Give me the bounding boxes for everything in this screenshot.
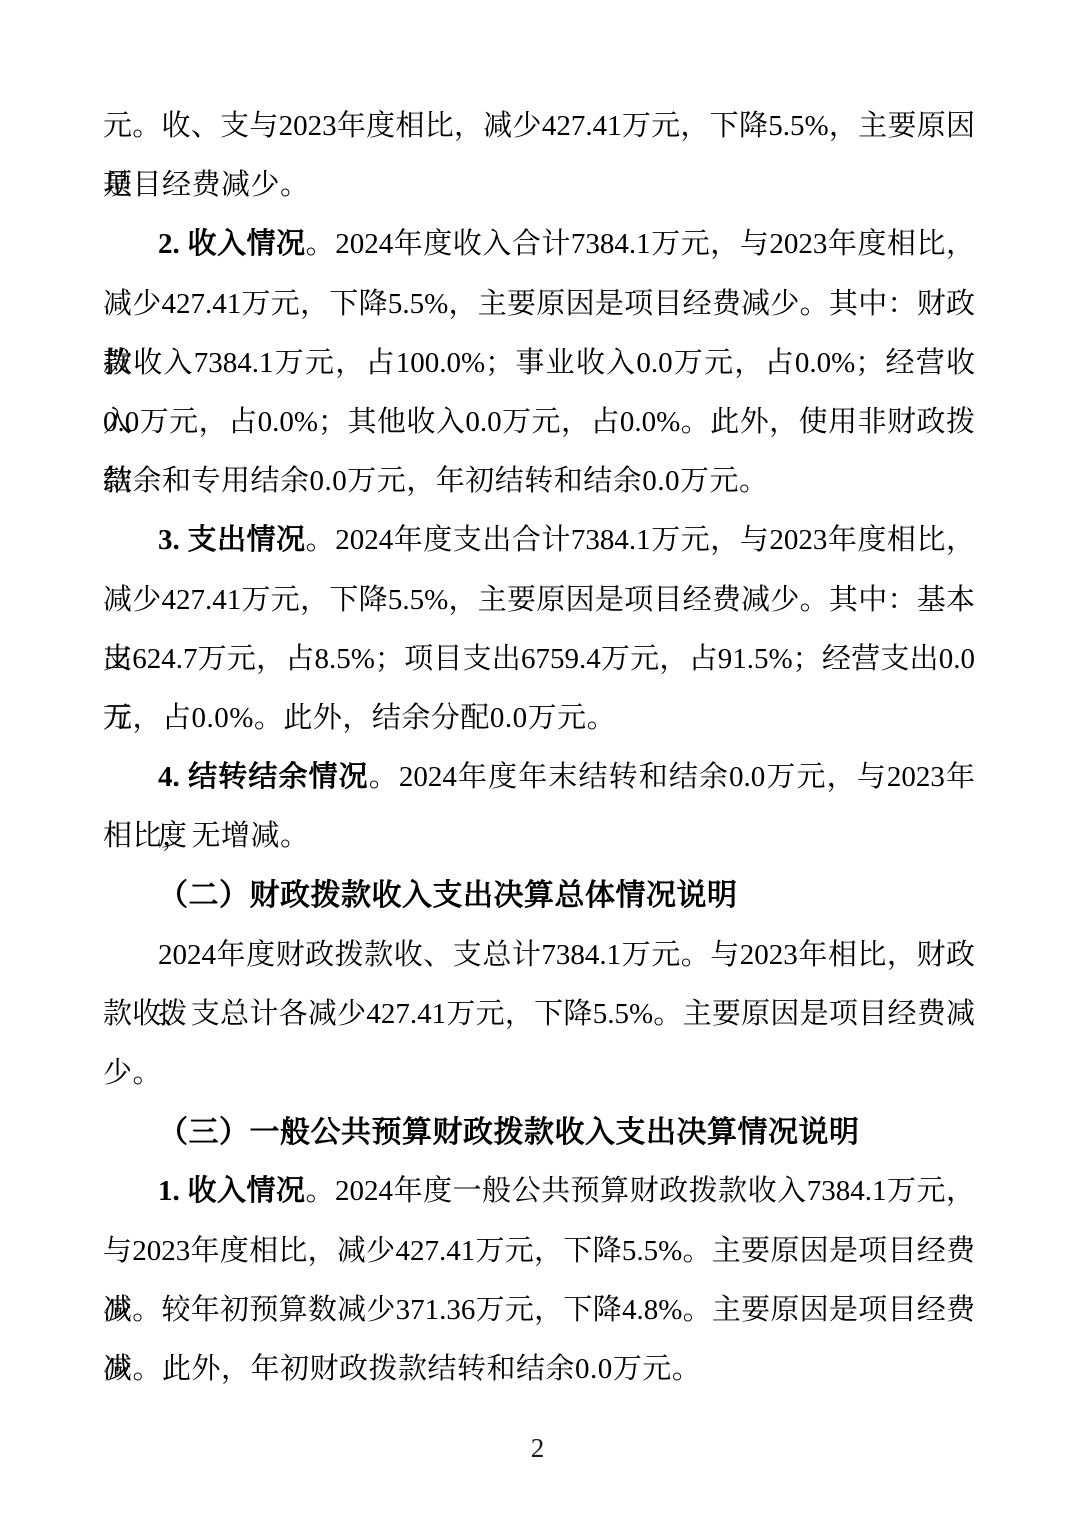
bold-text-run: 3. 支出情况 xyxy=(158,524,306,556)
bold-text-run: 4. 结转结余情况 xyxy=(158,761,369,793)
text-line: 少。此外，年初财政拨款结转和结余0.0万元。 xyxy=(103,1340,975,1399)
text-line: 少。 xyxy=(103,1044,975,1103)
text-line: 相比，无增减。 xyxy=(103,807,975,866)
text-run: 。2024年度支出合计7384.1万元，与2023年度相比， xyxy=(306,524,975,556)
text-run: 款收、支总计各减少427.41万元，下降5.5%。主要原因是项目经费减 xyxy=(103,998,975,1030)
text-line: 减少427.41万元，下降5.5%，主要原因是项目经费减少。其中：基本支 xyxy=(103,571,975,630)
text-run: 项目经费减少。 xyxy=(103,169,310,201)
text-line: 2. 收入情况。2024年度收入合计7384.1万元，与2023年度相比， xyxy=(103,215,975,274)
section-heading: （三）一般公共预算财政拨款收入支出决算情况说明 xyxy=(103,1103,975,1162)
text-run: 少。此外，年初财政拨款结转和结余0.0万元。 xyxy=(103,1353,701,1385)
document-page: 元。收、支与2023年度相比，减少427.41万元，下降5.5%，主要原因是项目… xyxy=(0,0,1075,1520)
text-line: 与2023年度相比，减少427.41万元，下降5.5%。主要原因是项目经费减 xyxy=(103,1222,975,1281)
text-line: 款收、支总计各减少427.41万元，下降5.5%。主要原因是项目经费减 xyxy=(103,985,975,1044)
text-run: 结余和专用结余0.0万元，年初结转和结余0.0万元。 xyxy=(103,465,769,497)
text-line: 2024年度财政拨款收、支总计7384.1万元。与2023年相比，财政拨 xyxy=(103,926,975,985)
bold-text-run: 2. 收入情况 xyxy=(158,228,306,260)
text-run: （三）一般公共预算财政拨款收入支出决算情况说明 xyxy=(158,1116,860,1149)
text-run: 少。 xyxy=(103,1057,162,1089)
page-number: 2 xyxy=(0,1430,1075,1466)
text-run: 相比，无增减。 xyxy=(103,820,310,852)
text-line: 款收入7384.1万元，占100.0%；事业收入0.0万元，占0.0%；经营收入 xyxy=(103,334,975,393)
bold-text-run: 1. 收入情况 xyxy=(158,1175,306,1207)
text-run: 。2024年度一般公共预算财政拨款收入7384.1万元， xyxy=(306,1175,975,1207)
text-line: 结余和专用结余0.0万元，年初结转和结余0.0万元。 xyxy=(103,452,975,511)
document-body: 元。收、支与2023年度相比，减少427.41万元，下降5.5%，主要原因是项目… xyxy=(103,97,975,1399)
text-line: 元，占0.0%。此外，结余分配0.0万元。 xyxy=(103,689,975,748)
text-run: 元，占0.0%。此外，结余分配0.0万元。 xyxy=(103,702,616,734)
text-line: 减少427.41万元，下降5.5%，主要原因是项目经费减少。其中：财政拨 xyxy=(103,275,975,334)
text-line: 1. 收入情况。2024年度一般公共预算财政拨款收入7384.1万元， xyxy=(103,1162,975,1221)
text-line: 3. 支出情况。2024年度支出合计7384.1万元，与2023年度相比， xyxy=(103,511,975,570)
text-line: 少。较年初预算数减少371.36万元，下降4.8%。主要原因是项目经费减 xyxy=(103,1281,975,1340)
text-line: 出624.7万元，占8.5%；项目支出6759.4万元，占91.5%；经营支出0… xyxy=(103,630,975,689)
section-heading: （二）财政拨款收入支出决算总体情况说明 xyxy=(103,866,975,925)
text-line: 4. 结转结余情况。2024年度年末结转和结余0.0万元，与2023年度 xyxy=(103,748,975,807)
text-line: 元。收、支与2023年度相比，减少427.41万元，下降5.5%，主要原因是 xyxy=(103,97,975,156)
text-line: 项目经费减少。 xyxy=(103,156,975,215)
text-run: 。2024年度收入合计7384.1万元，与2023年度相比， xyxy=(306,228,975,260)
text-line: 0.0万元，占0.0%；其他收入0.0万元，占0.0%。此外，使用非财政拨款 xyxy=(103,393,975,452)
text-run: （二）财政拨款收入支出决算总体情况说明 xyxy=(158,879,738,912)
